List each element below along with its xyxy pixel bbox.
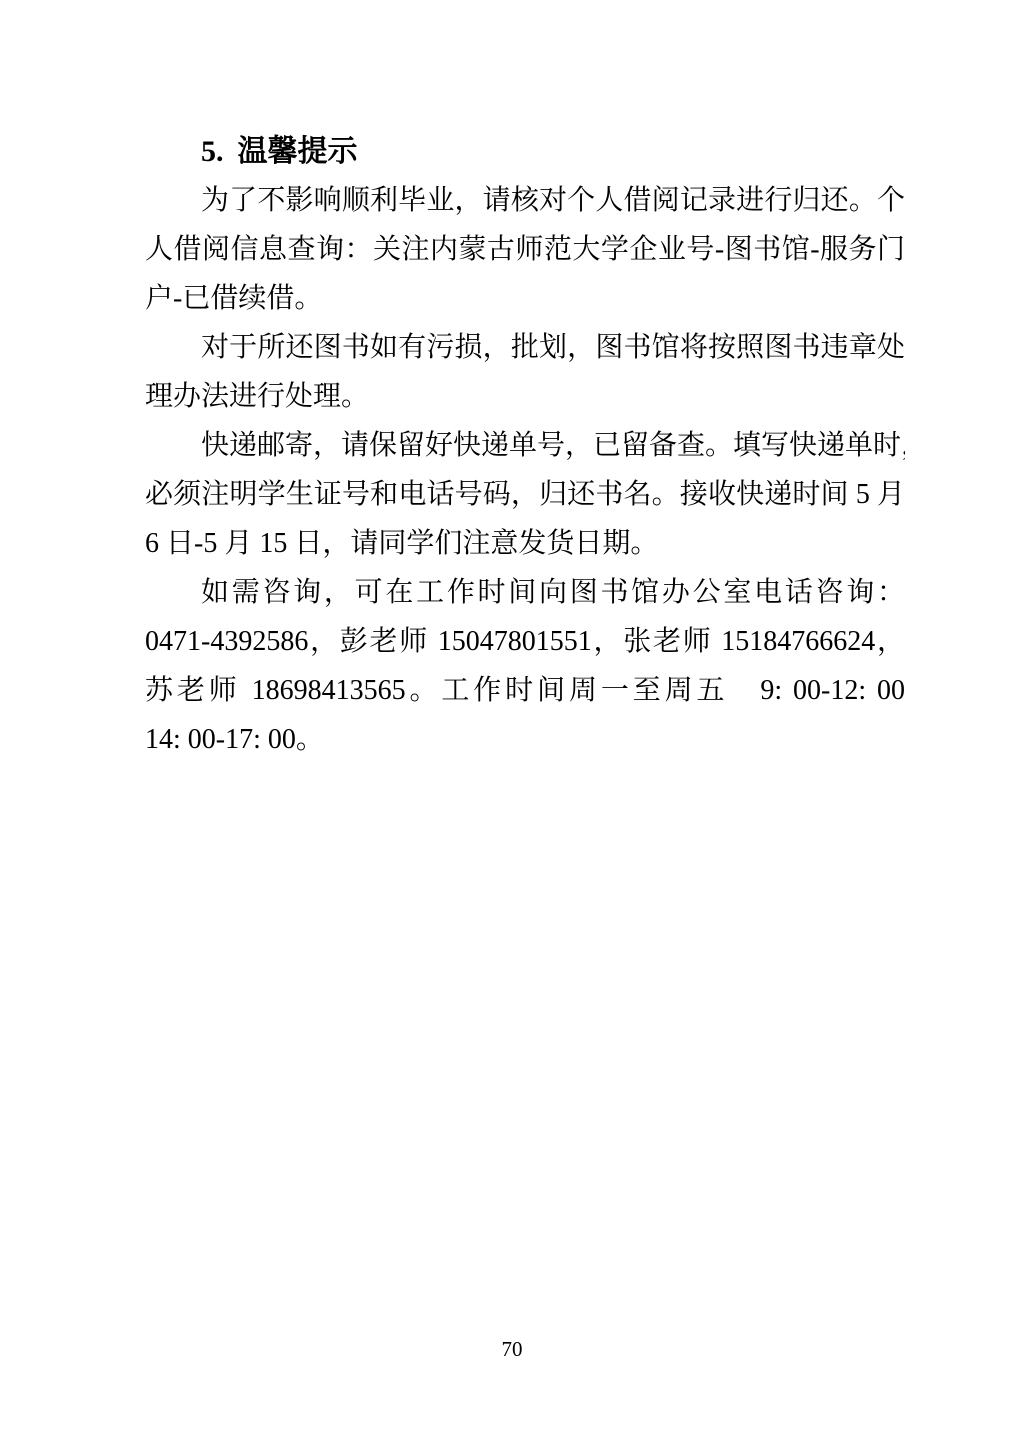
paragraph-line: 必须注明学生证号和电话号码，归还书名。接收快递时间 5 月	[145, 470, 905, 519]
paragraph-line: 户-已借续借。	[145, 274, 905, 323]
paragraph-line: 人借阅信息查询：关注内蒙古师范大学企业号-图书馆-服务门	[145, 225, 905, 274]
section-title: 温馨提示	[238, 135, 358, 168]
paragraph-line: 6 日-5 月 15 日，请同学们注意发货日期。	[145, 519, 905, 568]
paragraph-line: 快递邮寄，请保留好快递单号，已留备查。填写快递单时，	[145, 421, 905, 470]
paragraph-line: 理办法进行处理。	[145, 372, 905, 421]
paragraph-line: 为了不影响顺利毕业，请核对个人借阅记录进行归还。个	[145, 176, 905, 225]
paragraph-line: 苏老师 18698413565。工作时间周一至周五 9: 00-12: 00	[145, 666, 905, 715]
paragraph-line: 如需咨询，可在工作时间向图书馆办公室电话咨询：	[145, 568, 905, 617]
paragraph-line: 14: 00-17: 00。	[145, 715, 905, 764]
document-content: 5.温馨提示 为了不影响顺利毕业，请核对个人借阅记录进行归还。个 人借阅信息查询…	[145, 127, 905, 764]
section-number: 5.	[201, 135, 224, 168]
page-number: 70	[0, 1334, 1024, 1364]
paragraph-line: 对于所还图书如有污损，批划，图书馆将按照图书违章处	[145, 323, 905, 372]
document-page: 5.温馨提示 为了不影响顺利毕业，请核对个人借阅记录进行归还。个 人借阅信息查询…	[0, 0, 1024, 1448]
paragraph-line: 0471-4392586，彭老师 15047801551，张老师 1518476…	[145, 617, 905, 666]
section-heading: 5.温馨提示	[145, 127, 905, 176]
